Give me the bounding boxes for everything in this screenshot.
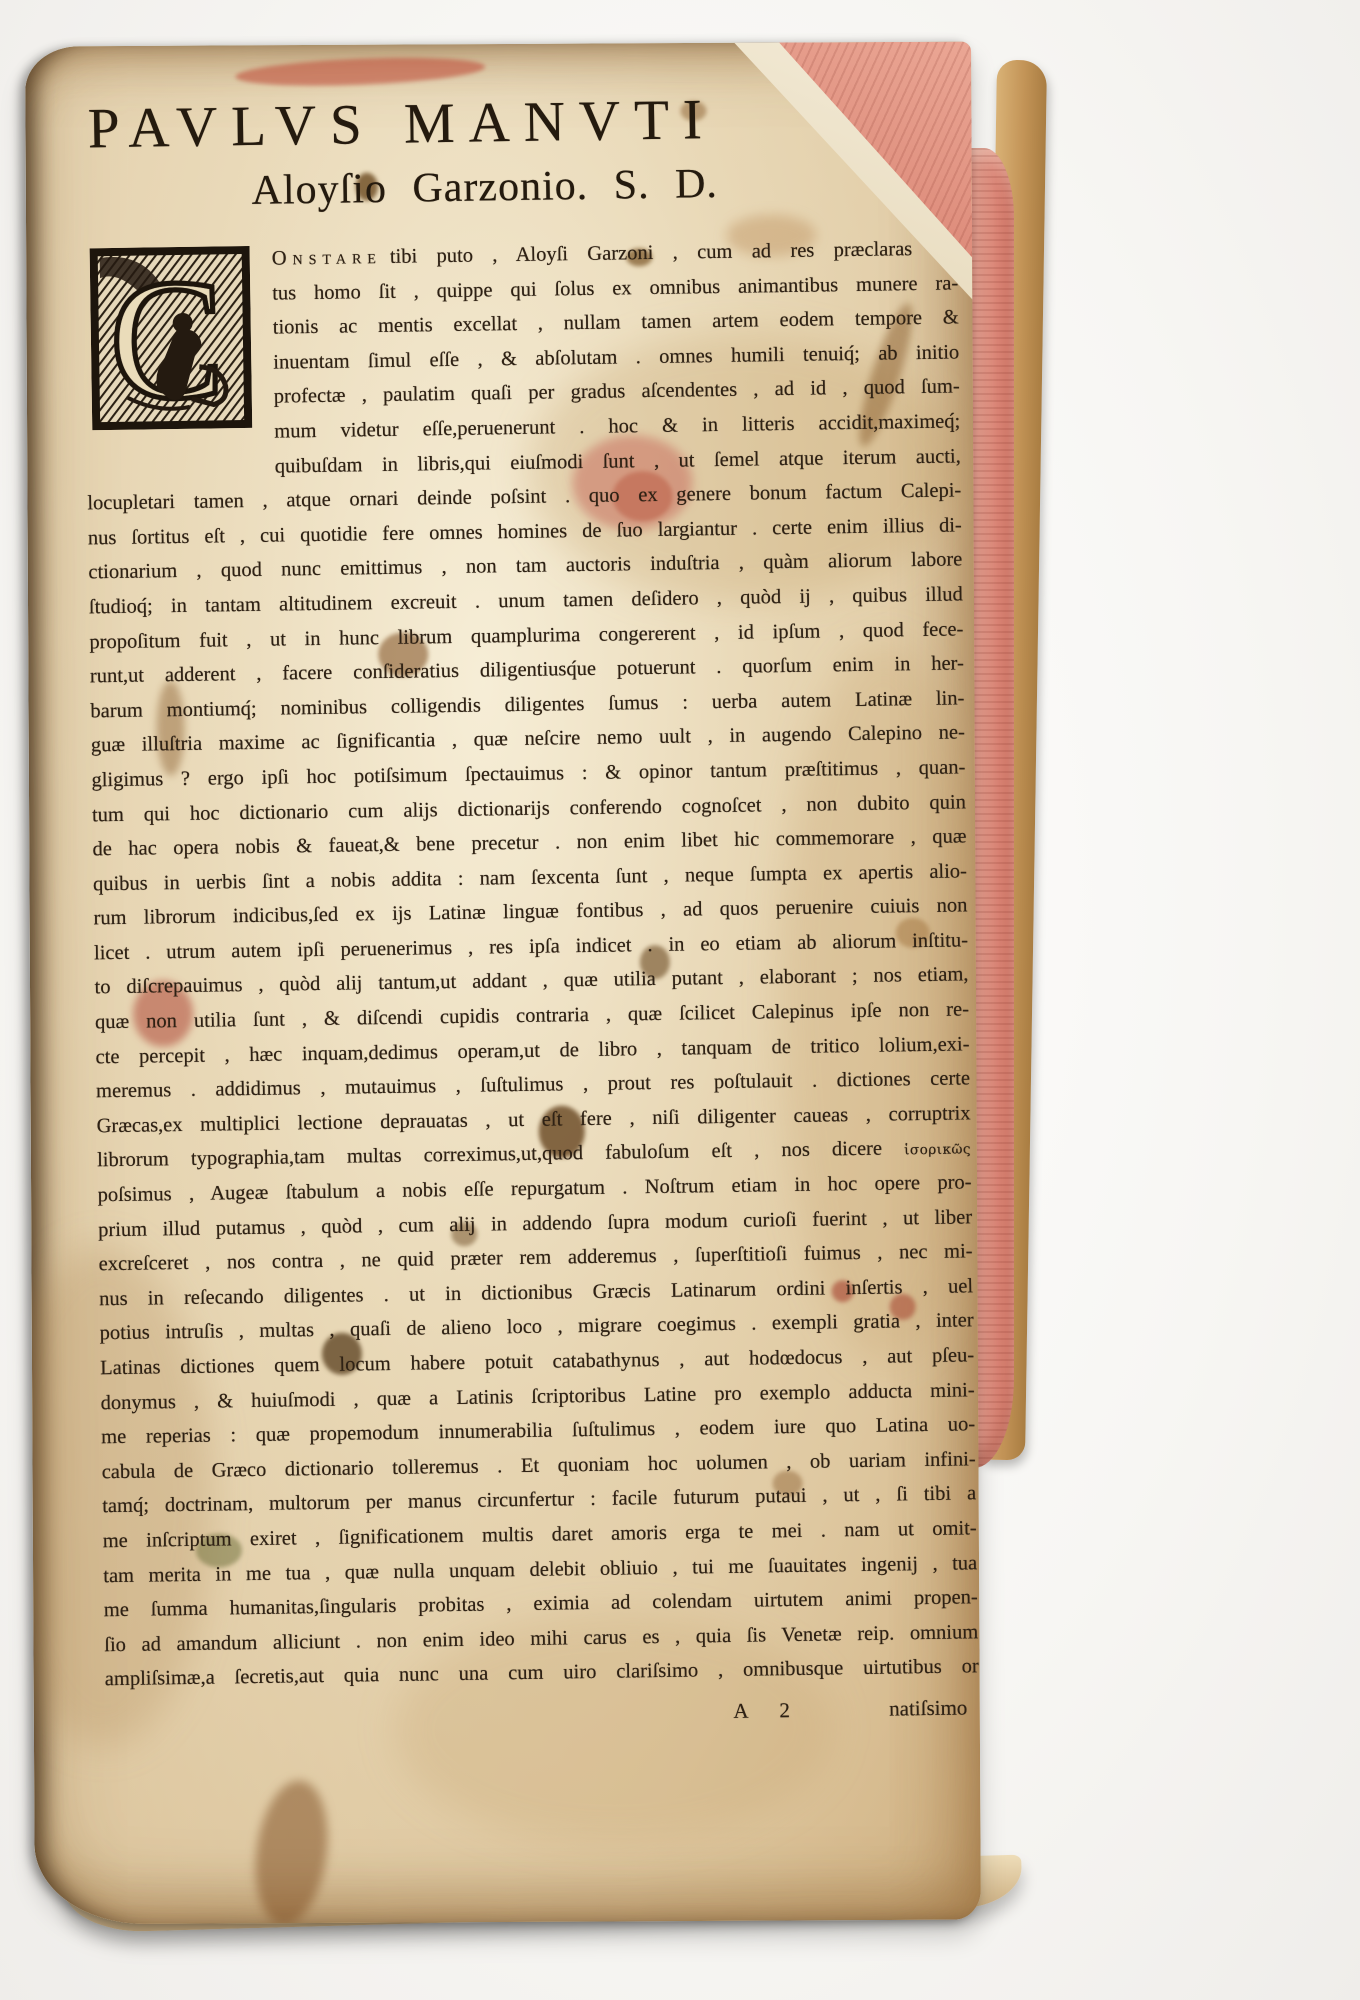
signature-line: A 2 natiſsimo bbox=[105, 1688, 979, 1739]
page-content: PAVLVS MANVTI Aloyſio Garzonio. S. D. C bbox=[81, 42, 980, 1740]
book-page: PAVLVS MANVTI Aloyſio Garzonio. S. D. C bbox=[25, 42, 981, 1925]
book-photo: PAVLVS MANVTI Aloyſio Garzonio. S. D. C bbox=[0, 0, 1360, 2000]
stain bbox=[247, 1776, 336, 1924]
greek-margin-note: ἱσορικῶς bbox=[904, 1142, 971, 1159]
salutation: Aloyſio Garzonio. S. D. bbox=[82, 154, 887, 220]
catchword: natiſsimo bbox=[889, 1688, 968, 1727]
letter-body: C Onstaretibi puto , Aloyſi Garzoni , cu… bbox=[84, 231, 980, 1739]
drop-cap-woodcut: C bbox=[90, 246, 253, 430]
text-line: tibi puto , Aloyſi Garzoni , cum ad res … bbox=[390, 237, 958, 267]
signature-mark: A bbox=[733, 1692, 749, 1730]
opening-word: Onstare bbox=[272, 246, 390, 270]
text-line: librorum typographia,tam multas correxim… bbox=[97, 1138, 882, 1172]
signature-number: 2 bbox=[779, 1691, 790, 1729]
